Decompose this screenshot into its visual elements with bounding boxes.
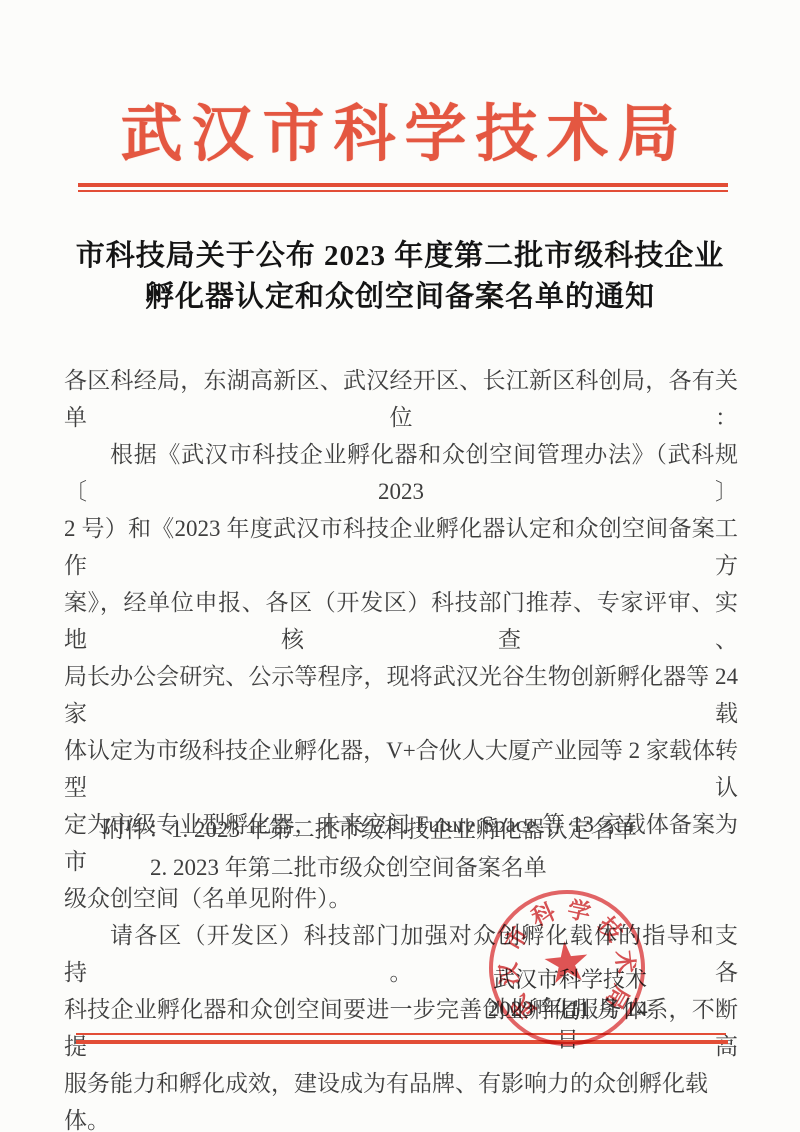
body-line: 局长办公会研究、公示等程序，现将武汉光谷生物创新孵化器等 24 家载 bbox=[64, 658, 738, 732]
seal-arc-char: 技 bbox=[594, 913, 626, 945]
document-title-line1: 市科技局关于公布 2023 年度第二批市级科技企业 bbox=[0, 236, 800, 277]
seal-arc-char: 市 bbox=[501, 923, 532, 954]
document-title: 市科技局关于公布 2023 年度第二批市级科技企业 孵化器认定和众创空间备案名单… bbox=[0, 236, 800, 318]
seal-arc-char: 学 bbox=[565, 898, 592, 925]
letterhead-org-name: 武汉市科学技术局 bbox=[0, 104, 800, 166]
attachment-item-2: 2. 2023 年第二批市级众创空间备案名单 bbox=[64, 849, 738, 887]
body-line: 2 号）和《2023 年度武汉市科技企业孵化器认定和众创空间备案工作方 bbox=[64, 510, 738, 584]
body-line: 体认定为市级科技企业孵化器，V+合伙人大厦产业园等 2 家载体转型认 bbox=[64, 732, 738, 806]
seal-star-icon: ★ bbox=[539, 933, 595, 994]
seal-arc-char: 术 bbox=[612, 949, 637, 974]
footer-rule-thin bbox=[76, 1033, 726, 1035]
letterhead-rule-thin bbox=[78, 190, 728, 192]
body-line: 服务能力和孵化成效，建设成为有品牌、有影响力的众创孵化载体。 bbox=[64, 1065, 738, 1132]
attachments-block: 附件：1. 2023 年第二批市级科技企业孵化器认定名单 2. 2023 年第二… bbox=[64, 811, 738, 887]
seal-arc-char: 局 bbox=[602, 981, 633, 1012]
document-page: 武汉市科学技术局 市科技局关于公布 2023 年度第二批市级科技企业 孵化器认定… bbox=[0, 0, 800, 1132]
attachment-item-1: 附件：1. 2023 年第二批市级科技企业孵化器认定名单 bbox=[64, 811, 738, 849]
body-line: 案》，经单位申报、各区（开发区）科技部门推荐、专家评审、实地核查、 bbox=[64, 584, 738, 658]
seal-arc-char: 科 bbox=[528, 900, 558, 930]
seal-arc-char: 汉 bbox=[497, 961, 522, 986]
body-line: 根据《武汉市科技企业孵化器和众创空间管理办法》（武科规〔2023〕 bbox=[64, 436, 738, 510]
body-line: 各区科经局，东湖高新区、武汉经开区、长江新区科创局，各有关单位： bbox=[64, 362, 738, 436]
seal-arc-char: 武 bbox=[508, 991, 540, 1023]
letterhead-rule-thick bbox=[78, 183, 728, 187]
document-title-line2: 孵化器认定和众创空间备案名单的通知 bbox=[0, 277, 800, 318]
footer-rule-thick bbox=[76, 1040, 728, 1044]
